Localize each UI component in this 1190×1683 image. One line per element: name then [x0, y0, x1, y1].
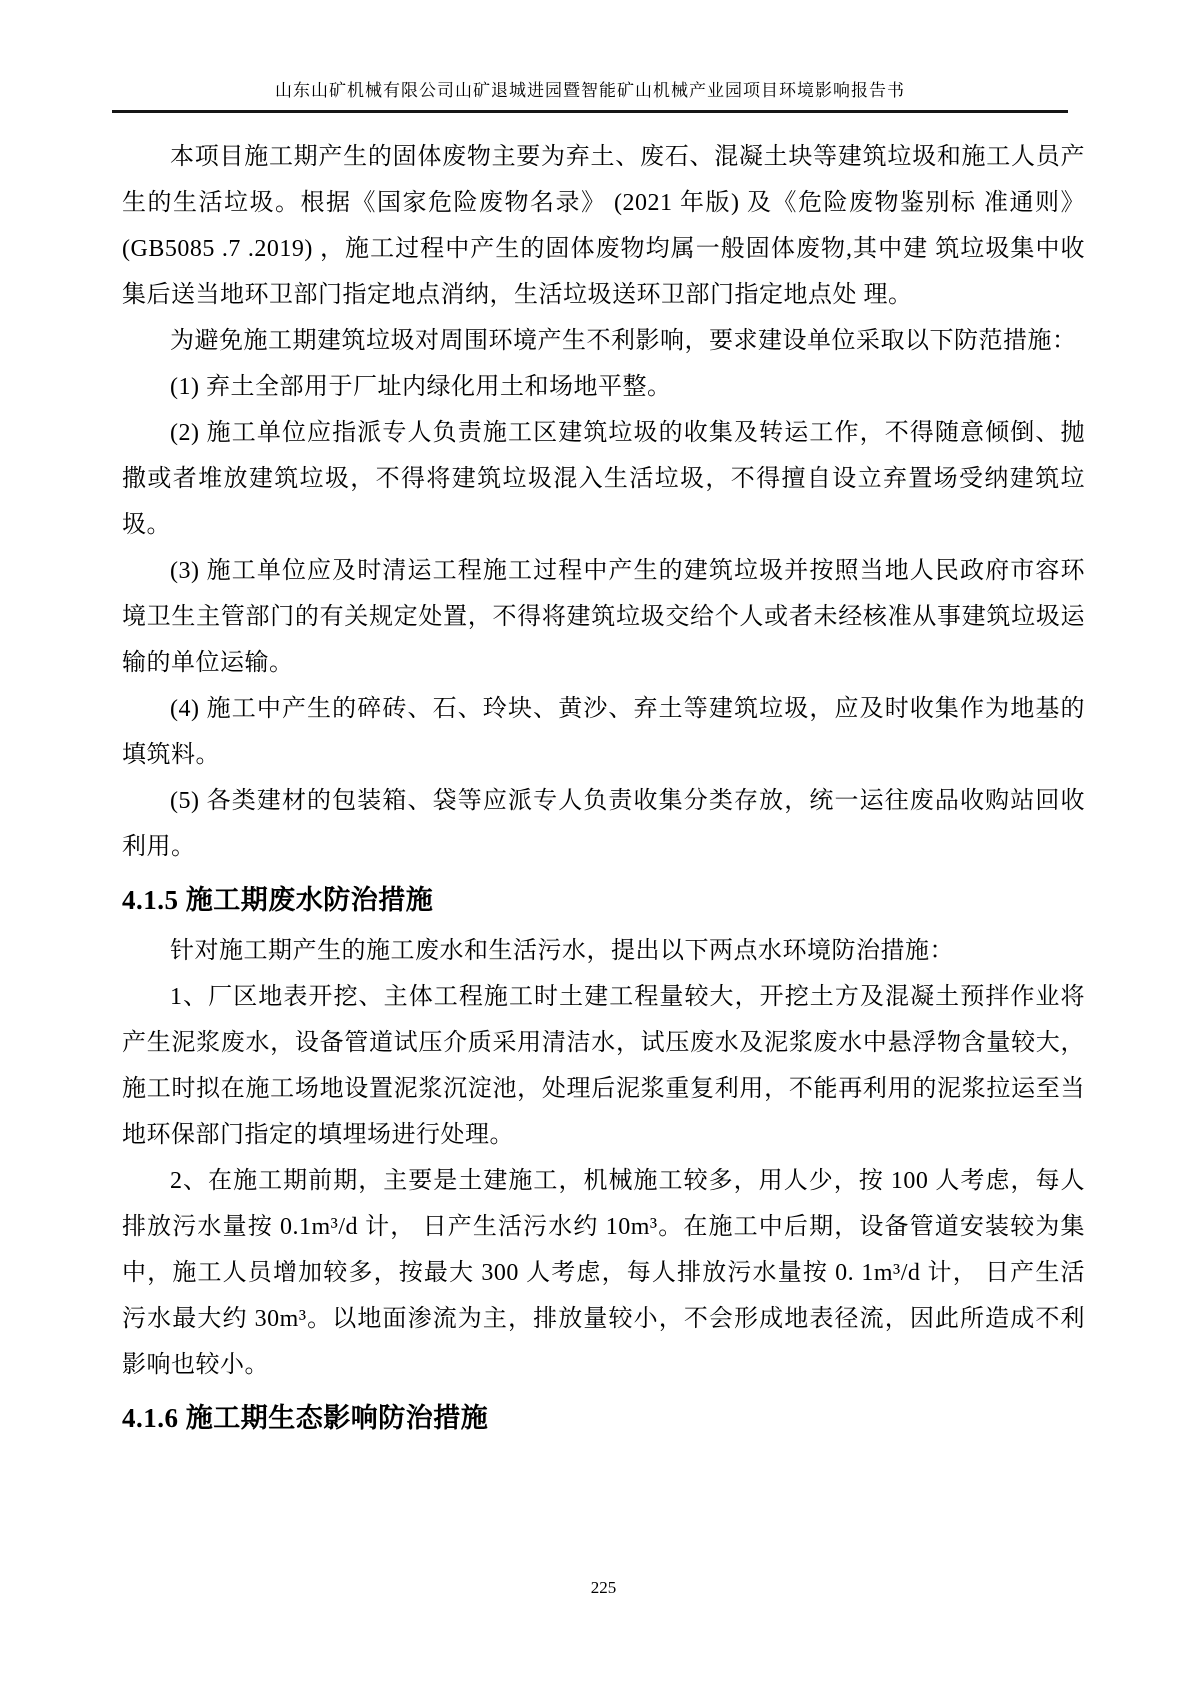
paragraph-measures-intro: 为避免施工期建筑垃圾对周围环境产生不利影响，要求建设单位采取以下防范措施： [122, 318, 1085, 364]
page-number: 225 [591, 1578, 617, 1597]
list-item-3: (3) 施工单位应及时清运工程施工过程中产生的建筑垃圾并按照当地人民政府市容环境… [122, 548, 1085, 686]
paragraph-wastewater-point-1: 1、厂区地表开挖、主体工程施工时土建工程量较大，开挖土方及混凝土预拌作业将产生泥… [122, 974, 1085, 1158]
section-heading-4-1-5: 4.1.5 施工期废水防治措施 [122, 877, 1085, 923]
document-page: 山东山矿机械有限公司山矿退城进园暨智能矿山机械产业园项目环境影响报告书 本项目施… [0, 0, 1190, 1683]
list-item-1: (1) 弃土全部用于厂址内绿化用土和场地平整。 [122, 364, 1085, 410]
document-body: 本项目施工期产生的固体废物主要为弃土、废石、混凝土块等建筑垃圾和施工人员产生的生… [122, 134, 1085, 1446]
list-item-4: (4) 施工中产生的碎砖、石、玲块、黄沙、弃土等建筑垃圾，应及时收集作为地基的填… [122, 686, 1085, 778]
paragraph-wastewater-intro: 针对施工期产生的施工废水和生活污水，提出以下两点水环境防治措施： [122, 928, 1085, 974]
list-item-5: (5) 各类建材的包装箱、袋等应派专人负责收集分类存放，统一运往废品收购站回收利… [122, 778, 1085, 870]
header-divider [112, 110, 1068, 113]
paragraph-solid-waste-intro: 本项目施工期产生的固体废物主要为弃土、废石、混凝土块等建筑垃圾和施工人员产生的生… [122, 134, 1085, 318]
page-footer: 225 [122, 1578, 1085, 1598]
paragraph-wastewater-point-2: 2、在施工期前期，主要是土建施工，机械施工较多，用人少，按 100 人考虑，每人… [122, 1158, 1085, 1388]
report-title: 山东山矿机械有限公司山矿退城进园暨智能矿山机械产业园项目环境影响报告书 [112, 76, 1068, 110]
section-heading-4-1-6: 4.1.6 施工期生态影响防治措施 [122, 1395, 1085, 1441]
page-header: 山东山矿机械有限公司山矿退城进园暨智能矿山机械产业园项目环境影响报告书 [112, 76, 1068, 113]
list-item-2: (2) 施工单位应指派专人负责施工区建筑垃圾的收集及转运工作，不得随意倾倒、抛撒… [122, 410, 1085, 548]
